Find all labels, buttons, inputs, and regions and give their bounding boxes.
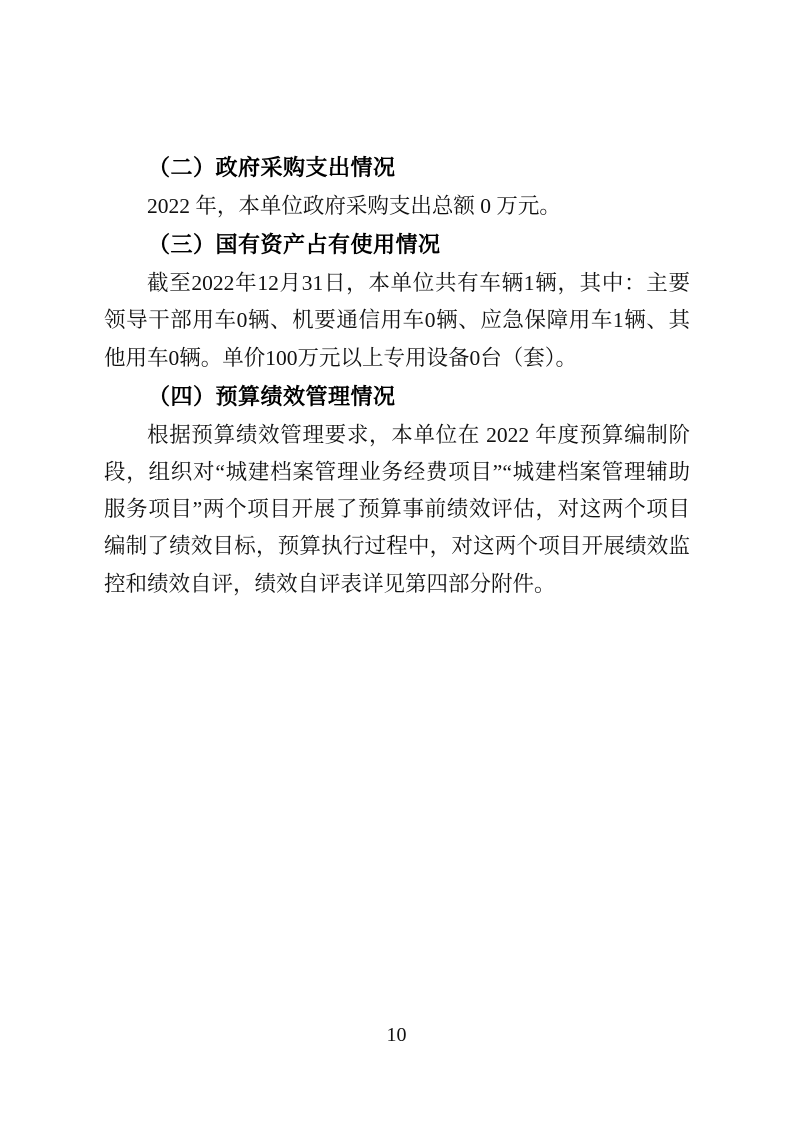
section-government-procurement: （二）政府采购支出情况 2022 年，本单位政府采购支出总额 0 万元。 — [104, 148, 690, 225]
section-heading: （四）预算绩效管理情况 — [104, 377, 690, 417]
page-number: 10 — [0, 1020, 793, 1050]
section-heading: （三）国有资产占有使用情况 — [104, 225, 690, 265]
document-content: （二）政府采购支出情况 2022 年，本单位政府采购支出总额 0 万元。 （三）… — [104, 148, 690, 603]
section-paragraph: 根据预算绩效管理要求，本单位在 2022 年度预算编制阶段，组织对“城建档案管理… — [104, 417, 690, 603]
section-heading: （二）政府采购支出情况 — [104, 148, 690, 188]
section-paragraph: 2022 年，本单位政府采购支出总额 0 万元。 — [104, 188, 690, 225]
document-page: （二）政府采购支出情况 2022 年，本单位政府采购支出总额 0 万元。 （三）… — [0, 0, 793, 1122]
section-state-owned-assets: （三）国有资产占有使用情况 截至2022年12月31日，本单位共有车辆1辆，其中… — [104, 225, 690, 377]
section-paragraph: 截至2022年12月31日，本单位共有车辆1辆，其中：主要领导干部用车0辆、机要… — [104, 265, 690, 377]
section-budget-performance: （四）预算绩效管理情况 根据预算绩效管理要求，本单位在 2022 年度预算编制阶… — [104, 377, 690, 603]
